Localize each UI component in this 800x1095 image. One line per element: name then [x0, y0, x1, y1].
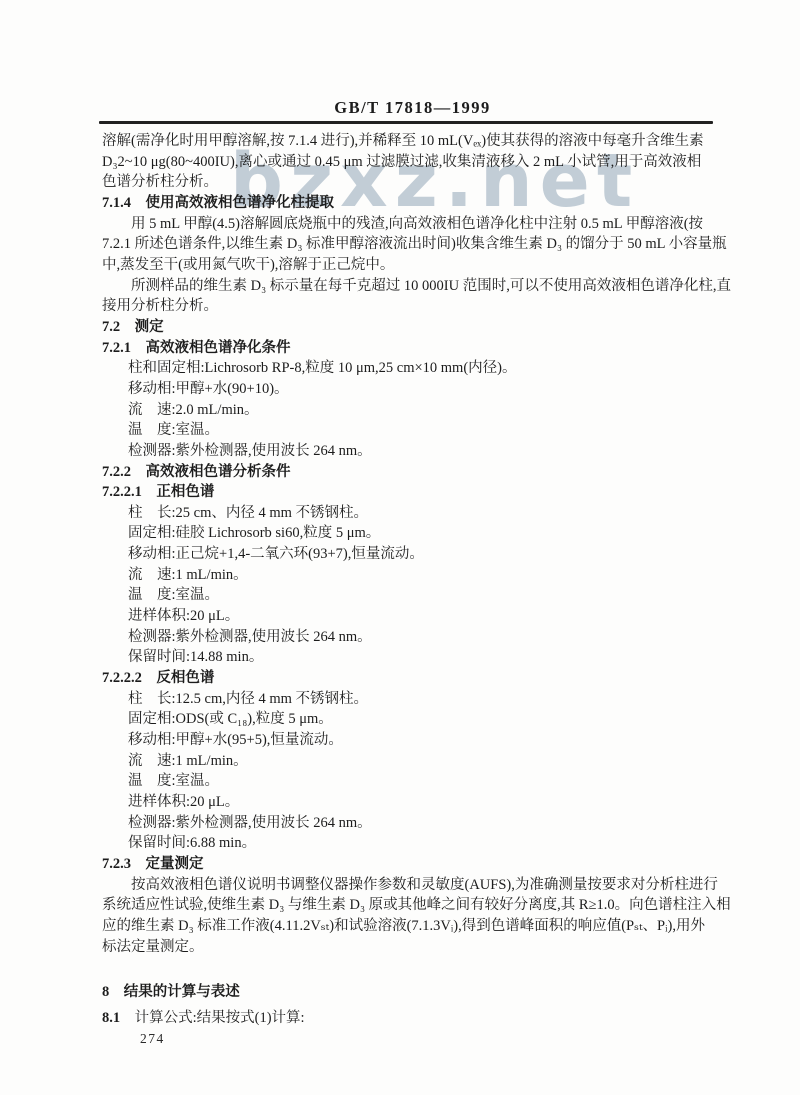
clause-number-title: 7.2.3 定量测定 — [102, 856, 204, 872]
text-line: 温 度:室温。 — [102, 585, 734, 606]
clause-heading: 7.1.4 使用高效液相色谱净化柱提取 — [102, 193, 734, 214]
document-body: 溶解(需净化时用甲醇溶解,按 7.1.4 进行),并稀释至 10 mL(Vₑₓ)… — [102, 131, 734, 1029]
line-text: D₃2~10 μg(80~400IU),离心或通过 0.45 μm 过滤膜过滤,… — [102, 154, 701, 170]
scanned-document-page: bzxz.net GB/T 17818—1999 溶解(需净化时用甲醇溶解,按 … — [0, 0, 800, 1095]
line-text: 色谱分析柱分析。 — [102, 174, 218, 190]
clause-heading: 7.2 测定 — [102, 317, 734, 338]
text-line: 固定相:硅胶 Lichrosorb si60,粒度 5 μm。 — [102, 523, 734, 544]
text-line: D₃2~10 μg(80~400IU),离心或通过 0.45 μm 过滤膜过滤,… — [102, 152, 734, 173]
line-text: 移动相:甲醇+水(90+10)。 — [128, 381, 289, 397]
line-text: 保留时间:6.88 min。 — [128, 835, 256, 851]
clause-number-title: 7.1.4 使用高效液相色谱净化柱提取 — [102, 195, 334, 211]
line-text: 检测器:紫外检测器,使用波长 264 nm。 — [128, 815, 372, 831]
line-text: 中,蒸发至干(或用氮气吹干),溶解于正己烷中。 — [102, 257, 394, 273]
text-line: 温 度:室温。 — [102, 771, 734, 792]
clause-number-title: 8 结果的计算与表述 — [102, 984, 240, 1000]
clause-number-title: 8.1 — [102, 1010, 120, 1026]
clause-heading: 7.2.2 高效液相色谱分析条件 — [102, 462, 734, 483]
text-line: 7.2.1 所述色谱条件,以维生素 D₃ 标准甲醇溶液流出时间)收集含维生素 D… — [102, 234, 734, 255]
text-line: 溶解(需净化时用甲醇溶解,按 7.1.4 进行),并稀释至 10 mL(Vₑₓ)… — [102, 131, 734, 152]
clause-number-title: 7.2.1 高效液相色谱净化条件 — [102, 340, 291, 356]
line-text: 溶解(需净化时用甲醇溶解,按 7.1.4 进行),并稀释至 10 mL(Vₑₓ)… — [102, 133, 704, 149]
text-line: 柱和固定相:Lichrosorb RP-8,粒度 10 μm,25 cm×10 … — [102, 358, 734, 379]
text-line: 接用分析柱分析。 — [102, 296, 734, 317]
line-text: 温 度:室温。 — [128, 773, 219, 789]
header-rule — [99, 121, 713, 124]
line-text: 流 速:1 mL/min。 — [128, 753, 248, 769]
text-line: 检测器:紫外检测器,使用波长 264 nm。 — [102, 441, 734, 462]
text-line: 流 速:1 mL/min。 — [102, 565, 734, 586]
text-line: 移动相:甲醇+水(90+10)。 — [102, 379, 734, 400]
text-line: 进样体积:20 μL。 — [102, 606, 734, 627]
line-text: 固定相:ODS(或 C₁₈),粒度 5 μm。 — [128, 711, 333, 727]
line-text: 接用分析柱分析。 — [102, 298, 218, 314]
line-text: 进样体积:20 μL。 — [128, 608, 239, 624]
line-text: 固定相:硅胶 Lichrosorb si60,粒度 5 μm。 — [128, 525, 380, 541]
text-line: 柱 长:12.5 cm,内径 4 mm 不锈钢柱。 — [102, 689, 734, 710]
clause-heading: 7.2.2.1 正相色谱 — [102, 482, 734, 503]
standard-number-header: GB/T 17818—1999 — [100, 98, 725, 118]
text-line: 保留时间:14.88 min。 — [102, 647, 734, 668]
line-text: 所测样品的维生素 D₃ 标示量在每千克超过 10 000IU 范围时,可以不使用… — [131, 278, 731, 294]
text-line: 按高效液相色谱仪说明书调整仪器操作参数和灵敏度(AUFS),为准确测量按要求对分… — [102, 875, 734, 896]
line-text: 按高效液相色谱仪说明书调整仪器操作参数和灵敏度(AUFS),为准确测量按要求对分… — [131, 877, 718, 893]
clause-heading: 7.2.3 定量测定 — [102, 854, 734, 875]
text-line: 固定相:ODS(或 C₁₈),粒度 5 μm。 — [102, 709, 734, 730]
clause-heading: 8 结果的计算与表述 — [102, 982, 734, 1003]
line-text: 进样体积:20 μL。 — [128, 794, 239, 810]
line-text: 计算公式:结果按式(1)计算: — [120, 1010, 304, 1026]
line-text: 系统适应性试验,使维生素 D₃ 与维生素 D₃ 原或其他峰之间有较好分离度,其 … — [102, 897, 731, 913]
text-line: 流 速:1 mL/min。 — [102, 751, 734, 772]
line-text: 柱 长:25 cm、内径 4 mm 不锈钢柱。 — [128, 505, 368, 521]
line-text: 移动相:正己烷+1,4-二氧六环(93+7),恒量流动。 — [128, 546, 424, 562]
text-line: 8.1 计算公式:结果按式(1)计算: — [102, 1008, 734, 1029]
text-line: 进样体积:20 μL。 — [102, 792, 734, 813]
line-text: 7.2.1 所述色谱条件,以维生素 D₃ 标准甲醇溶液流出时间)收集含维生素 D… — [102, 236, 727, 252]
text-line: 温 度:室温。 — [102, 420, 734, 441]
text-line: 保留时间:6.88 min。 — [102, 833, 734, 854]
text-line: 柱 长:25 cm、内径 4 mm 不锈钢柱。 — [102, 503, 734, 524]
line-text: 用 5 mL 甲醇(4.5)溶解圆底烧瓶中的残渣,向高效液相色谱净化柱中注射 0… — [131, 216, 703, 232]
text-line: 检测器:紫外检测器,使用波长 264 nm。 — [102, 813, 734, 834]
text-line: 检测器:紫外检测器,使用波长 264 nm。 — [102, 627, 734, 648]
clause-number-title: 7.2.2.1 正相色谱 — [102, 484, 214, 500]
text-line: 移动相:甲醇+水(95+5),恒量流动。 — [102, 730, 734, 751]
text-line: 标法定量测定。 — [102, 937, 734, 958]
clause-heading: 7.2.1 高效液相色谱净化条件 — [102, 338, 734, 359]
line-text: 流 速:2.0 mL/min。 — [128, 402, 259, 418]
line-text: 流 速:1 mL/min。 — [128, 567, 248, 583]
line-text: 移动相:甲醇+水(95+5),恒量流动。 — [128, 732, 343, 748]
text-line: 流 速:2.0 mL/min。 — [102, 400, 734, 421]
text-line: 用 5 mL 甲醇(4.5)溶解圆底烧瓶中的残渣,向高效液相色谱净化柱中注射 0… — [102, 214, 734, 235]
clause-number-title: 7.2.2 高效液相色谱分析条件 — [102, 464, 291, 480]
line-text: 标法定量测定。 — [102, 939, 204, 955]
line-text: 应的维生素 D₃ 标准工作液(4.11.2Vₛₜ)和试验溶液(7.1.3Vᵢ),… — [102, 918, 705, 934]
text-line: 所测样品的维生素 D₃ 标示量在每千克超过 10 000IU 范围时,可以不使用… — [102, 276, 734, 297]
clause-number-title: 7.2 测定 — [102, 319, 164, 335]
text-line: 系统适应性试验,使维生素 D₃ 与维生素 D₃ 原或其他峰之间有较好分离度,其 … — [102, 895, 734, 916]
clause-heading: 7.2.2.2 反相色谱 — [102, 668, 734, 689]
text-line: 移动相:正己烷+1,4-二氧六环(93+7),恒量流动。 — [102, 544, 734, 565]
text-line: 色谱分析柱分析。 — [102, 172, 734, 193]
line-text: 柱和固定相:Lichrosorb RP-8,粒度 10 μm,25 cm×10 … — [128, 360, 517, 376]
clause-number-title: 7.2.2.2 反相色谱 — [102, 670, 214, 686]
line-text: 温 度:室温。 — [128, 587, 219, 603]
line-text: 检测器:紫外检测器,使用波长 264 nm。 — [128, 629, 372, 645]
text-line: 中,蒸发至干(或用氮气吹干),溶解于正己烷中。 — [102, 255, 734, 276]
page-number: 274 — [140, 1031, 165, 1047]
line-text: 检测器:紫外检测器,使用波长 264 nm。 — [128, 443, 372, 459]
line-text: 柱 长:12.5 cm,内径 4 mm 不锈钢柱。 — [128, 691, 368, 707]
line-text: 保留时间:14.88 min。 — [128, 649, 263, 665]
line-text: 温 度:室温。 — [128, 422, 219, 438]
text-line: 应的维生素 D₃ 标准工作液(4.11.2Vₛₜ)和试验溶液(7.1.3Vᵢ),… — [102, 916, 734, 937]
